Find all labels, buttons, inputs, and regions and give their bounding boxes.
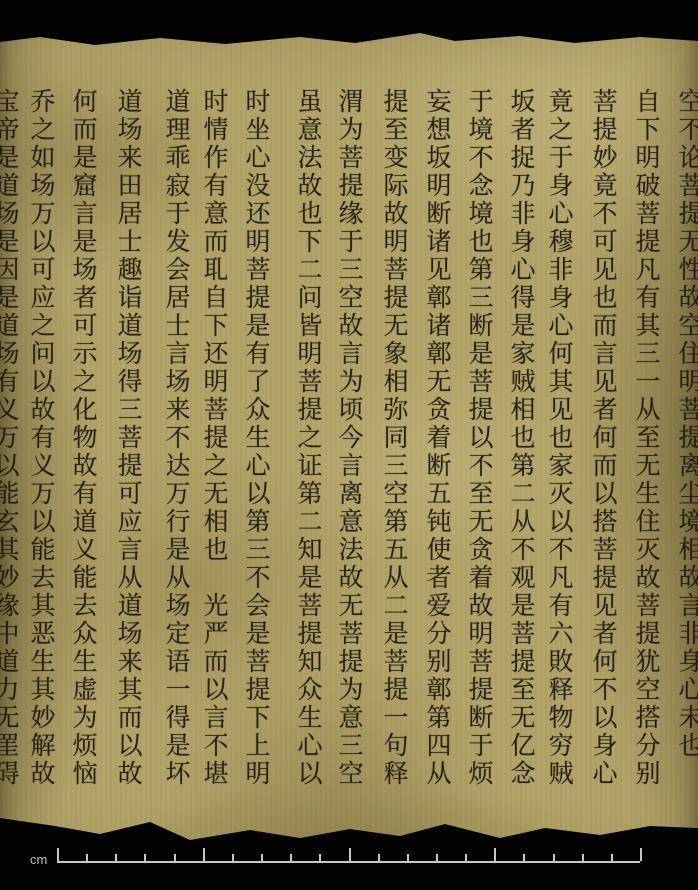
scale-tick [611,854,613,861]
text-column: 道理乖寂于发会居士言场来不达万行是从场定语一得是坏为 [156,88,196,788]
scale-tick [640,848,642,861]
scale-tick [319,854,321,861]
scale-tick [57,848,59,861]
text-column: 提至变际故明菩提无象相弥同三空第五从二是菩提一句释疑上明顷于三空 [374,88,414,788]
scale-tick [407,854,409,861]
scale-tick [232,854,234,861]
text-column: 时情作有意而耴自下还明菩提之无相也 光严而以言不堪者与居士㐌 [194,88,234,788]
scale-tick [349,848,351,861]
text-column: 道场来田居士趣诣道场得三菩提可应言从道场来其而以故言道场者 [108,88,148,788]
text-column: 空不论菩提无性故空住明菩提离尘境相故言非身心未也 [669,88,698,788]
text-column: 妄想坂明断诸见鄣诸鄣无贪着断五钝使者爱分别鄣第四从顷是菩 [417,88,457,788]
scale-tick [553,854,555,861]
text-column: 坂者捉乃非身心得是家贼相也第二从不观是菩提至无亿念故明菩提不观 [501,88,541,788]
text-column: 渭为菩提缘于三空故言为顷今言离意法故无菩提为意三空为法故言 [329,88,369,788]
scale-tick [494,848,496,861]
text-column: 何而是窟言是场者可示之化物故有道义能去众生虚为烦恼生其解 [63,88,103,788]
scale-tick [174,854,176,861]
scale-tick [465,854,467,861]
scale-tick [261,854,263,861]
text-column: 自下明破菩提凡有其三一从至无生住灭故菩提犹空搭分别菩提之见者明 [626,88,666,788]
scale-tick [115,854,117,861]
scale-line [57,861,640,863]
scale-tick [523,854,525,861]
scale-tick [582,854,584,861]
scale-tick [203,848,205,861]
text-column: 乔之如场万以可应之问以故有义万以能去其恶生其妙解故有场义从直 [21,88,61,788]
text-column: 虽意法故也下二问皆明菩提之证第二知是菩提知众生心以坂者上明菩提犹空 [288,88,328,788]
scale-tick [86,854,88,861]
scale-tick [378,854,380,861]
text-column: 宝帝是道场是因是道场有义万以能玄其妙缘中道力无罣碍 [0,88,25,788]
scale-bar: cm [0,840,698,890]
text-column: 时坐心没还明菩提是有了众生心以第三不会是菩提下上明菩提了于心以 [236,88,276,788]
text-column: 菩提妙竟不可见也而言见者何而以搭菩提见者何不以身心得者明菩提妙 [583,88,623,788]
text-column: 于境不念境也第三断是菩提以不至无贪着故明菩提断于烦惑舍诸见离 [459,88,499,788]
scale-tick [290,854,292,861]
scale-tick [436,854,438,861]
scale-unit-label: cm [30,852,47,867]
photo-background: 空不论菩提无性故空住明菩提离尘境相故言非身心未也 自下明破菩提凡有其三一从至无生… [0,0,698,890]
text-column: 竟之于身心穆非身心何其见也家灭以不凡有六敗释物穷贼是菩提灭诸相 [539,88,579,788]
scale-tick [144,854,146,861]
